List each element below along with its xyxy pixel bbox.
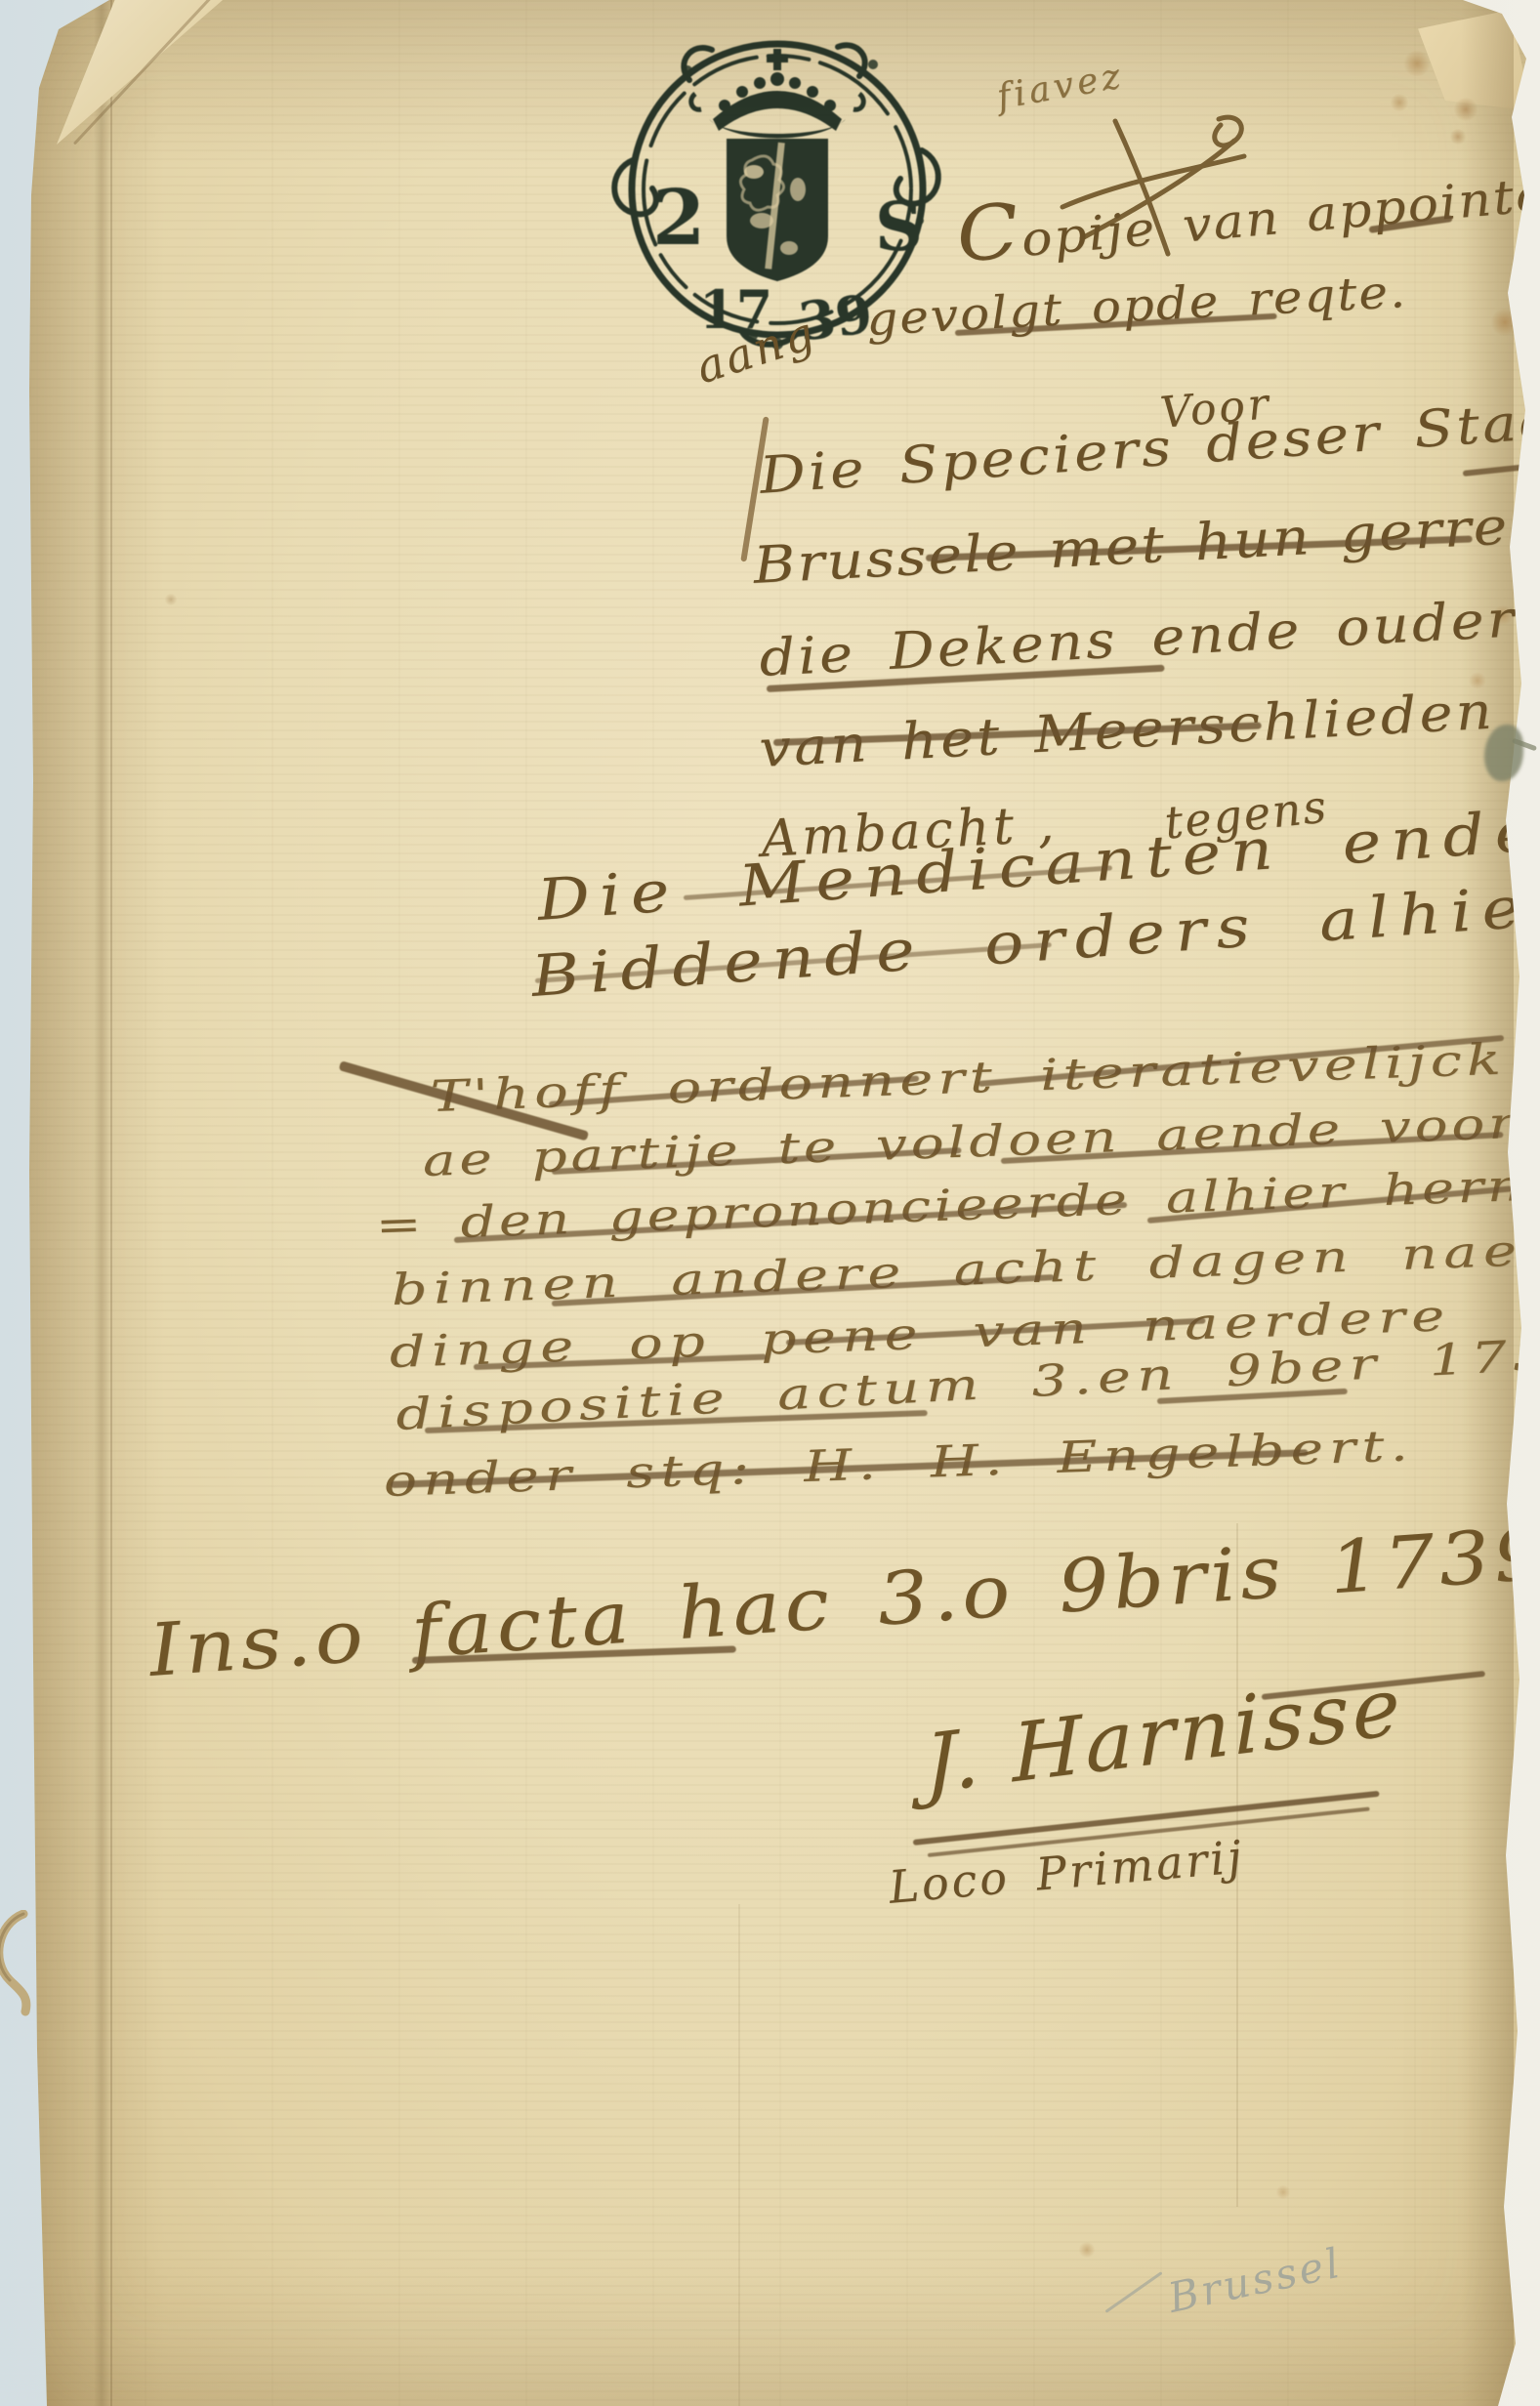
plaintiff-line: Die Speciers deser Stadt: [758, 390, 1540, 506]
insinuatio-line: Ins.o facta hac 3.o 9bris 1739: [146, 1512, 1540, 1693]
thread-tuft: [1484, 725, 1523, 781]
manuscript-page: 2 S 17 39 fiavez Copije van appointe. ge…: [18, 0, 1529, 2406]
signature: J. Harnisse: [924, 1660, 1404, 1812]
stamp-duty-right: S: [875, 188, 923, 267]
binding-string: [0, 1910, 41, 2017]
stamp-crown: [691, 49, 864, 139]
foxing-stain: [1449, 129, 1467, 145]
binding-crease-line: [110, 0, 112, 2406]
lower-fold-crease: [738, 1904, 740, 2406]
plaintiff-line: die Dekens ende ouders: [758, 589, 1540, 688]
foxing-stain: [164, 594, 178, 605]
stamp-shield: [728, 141, 826, 279]
pencil-slash-mark: [1104, 2271, 1162, 2313]
binding-crease: [94, 0, 109, 2406]
plaintiff-line: Brussele met hun gerregt: [752, 494, 1540, 596]
torn-flap-top-right: [1418, 10, 1531, 115]
foxing-stain: [1490, 309, 1519, 336]
foxing-stain: [1078, 2242, 1096, 2258]
foxing-stain: [1390, 94, 1409, 111]
pencil-note: Brussel: [1164, 2238, 1347, 2321]
stamp-duty-left: 2: [652, 174, 705, 263]
document-scan: 2 S 17 39 fiavez Copije van appointe. ge…: [0, 0, 1540, 2406]
ink-dash-mark: [1463, 463, 1535, 477]
approval-note: fiavez: [994, 56, 1127, 117]
foxing-stain: [1275, 2185, 1291, 2199]
foxing-stain: [1402, 51, 1432, 76]
